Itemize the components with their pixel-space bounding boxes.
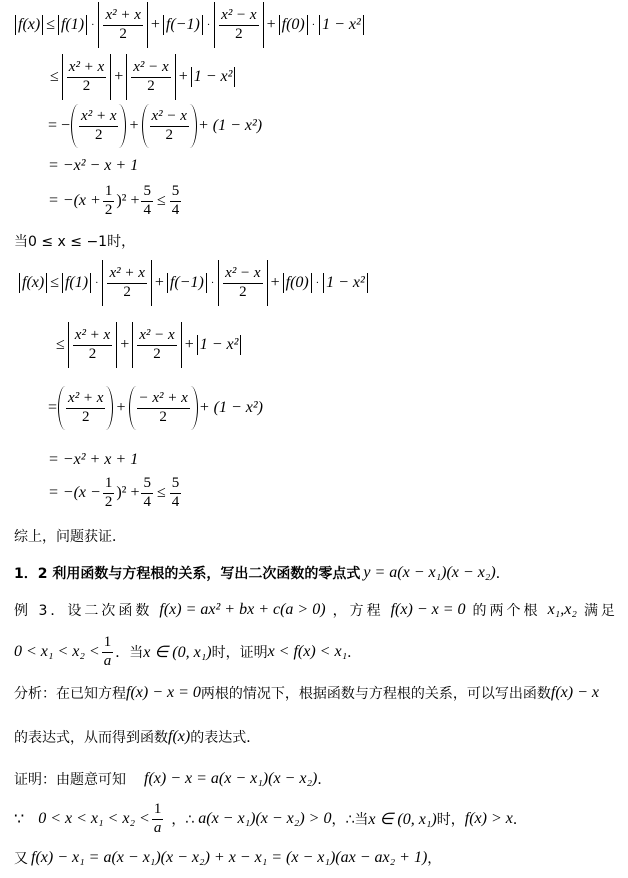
expression: f(x) [168, 728, 190, 746]
numerator: x² + x [103, 7, 142, 25]
denominator: 2 [81, 78, 93, 95]
therefore: ，∴ [171, 809, 194, 829]
abs-f-neg1: f(−1) [163, 15, 203, 35]
prefix: = − [48, 117, 70, 135]
abs-fraction: x² − x2 [218, 260, 267, 306]
denominator: 2 [103, 494, 115, 511]
denominator: 2 [145, 78, 157, 95]
abs-fraction: x² + x2 [62, 54, 111, 100]
text: 时， [437, 809, 465, 829]
numerator: x² + x [67, 59, 106, 77]
conclusion: 综上，问题获证． [14, 525, 126, 547]
numerator: x² + x [66, 390, 105, 408]
equation: f(x) − x = 0 [126, 684, 201, 702]
denominator: 2 [233, 26, 245, 43]
example3-line1: 例 3．设二次函数 f(x) = ax² + bx + c(a > 0) ，方程… [14, 598, 618, 622]
text: 时，证明 [212, 642, 268, 662]
result: f(x) > x [465, 810, 513, 828]
relation: ≤ [50, 68, 59, 86]
denominator: 4 [170, 494, 182, 511]
denominator: 2 [237, 284, 249, 301]
numerator: 5 [170, 183, 182, 201]
denominator: 2 [117, 26, 129, 43]
numerator: x² + x [107, 265, 146, 283]
prefix: = −(x − [48, 484, 101, 502]
paren-fraction: − x² + x2 [129, 384, 198, 432]
numerator: − x² + x [137, 390, 190, 408]
equation: f(x) − x = a(x − x₁)(x − x₂) [144, 770, 317, 788]
because-symbol: ∵ [14, 809, 24, 829]
case2-inequality-line1: f(x) ≤ f(1) · x² + x2 + f(−1) · x² − x2 … [18, 260, 369, 306]
therefore: ，∴当 [331, 809, 368, 829]
prefix: = −(x + [48, 192, 101, 210]
numerator: x² − x [137, 327, 176, 345]
denominator: 4 [141, 202, 153, 219]
denominator: 4 [170, 202, 182, 219]
abs-fx: f(x) [19, 273, 47, 293]
case1-inequality-line1: f(x) ≤ f(1) · x² + x2 + f(−1) · x² − x2 … [14, 2, 365, 48]
abs-fraction: x² + x2 [68, 322, 117, 368]
case2-equality-line3: = x² + x2 + − x² + x2 + (1 − x²) [48, 384, 263, 432]
case1-equality-line3: = − x² + x2 + x² − x2 + (1 − x²) [48, 102, 262, 150]
text: ，方程 [333, 600, 384, 620]
numerator: 5 [141, 183, 153, 201]
numerator: x² − x [223, 265, 262, 283]
denominator: 2 [163, 127, 175, 144]
text: 满足 [584, 600, 618, 620]
relation: ≤ [46, 16, 55, 34]
abs-fraction: x² + x2 [98, 2, 147, 48]
abs-f0: f(0) [283, 273, 312, 293]
zero-form-formula: y = a(x − x₁)(x − x₂) [363, 564, 495, 582]
denominator: 2 [80, 409, 92, 426]
case1-equality-line4: = −x² − x + 1 [48, 155, 138, 177]
numerator: x² + x [73, 327, 112, 345]
dot-operator: · [91, 20, 94, 31]
relation: ≤ [157, 484, 166, 502]
mid: )² + [116, 192, 139, 210]
text: ．当 [115, 642, 143, 662]
condition: 0 < x < x₁ < x₂ < [38, 810, 150, 828]
numerator: 5 [170, 475, 182, 493]
abs-one-minus-x2: 1 − x² [323, 273, 368, 293]
denominator: a [152, 820, 164, 837]
numerator: 1 [103, 183, 115, 201]
comma: ， [427, 848, 441, 868]
also-label: 又 [14, 848, 28, 868]
abs-f-neg1: f(−1) [167, 273, 207, 293]
tail: + (1 − x²) [198, 117, 262, 135]
case2-condition: 当0 ≤ x ≤ −1时， [14, 230, 135, 252]
abs-f1: f(1) [58, 15, 87, 35]
condition: 0 < x₁ < x₂ < [14, 643, 100, 661]
denominator: 2 [93, 127, 105, 144]
paren-fraction: x² − x2 [142, 102, 197, 150]
denominator: 2 [151, 346, 163, 363]
denominator: 2 [121, 284, 133, 301]
case2-equality-line4: = −x² + x + 1 [48, 449, 138, 471]
period: ． [347, 642, 361, 662]
abs-one-minus-x2: 1 − x² [319, 15, 364, 35]
numerator: 5 [141, 475, 153, 493]
relation: ≤ [50, 274, 59, 292]
period: ． [317, 769, 331, 789]
relation: ≤ [157, 192, 166, 210]
abs-fraction: x² − x2 [132, 322, 181, 368]
paren-fraction: x² + x2 [58, 384, 113, 432]
denominator: a [102, 653, 114, 670]
abs-fraction: x² + x2 [102, 260, 151, 306]
period: ． [496, 563, 510, 583]
paren-fraction: x² + x2 [71, 102, 126, 150]
proof-line3: 又 f(x) − x₁ = a(x − x₁)(x − x₂) + x − x₁… [14, 846, 441, 870]
text: 的两个根 [473, 600, 541, 620]
numerator: x² − x [131, 59, 170, 77]
analysis-line1: 分析：在已知方程 f(x) − x = 0 两根的情况下，根据函数与方程根的关系… [14, 681, 599, 705]
numerator: 1 [102, 634, 114, 652]
text: 的表达式． [190, 727, 260, 747]
claim: x < f(x) < x₁ [268, 643, 348, 661]
abs-fraction: x² − x2 [214, 2, 263, 48]
abs-one-minus-x2: 1 − x² [191, 67, 236, 87]
analysis-label: 分析：在已知方程 [14, 683, 126, 703]
roots: x₁,x₂ [548, 601, 577, 619]
numerator: 1 [103, 475, 115, 493]
expression: f(x) − x [551, 684, 599, 702]
proof-line2: ∵ 0 < x < x₁ < x₂ < 1a ，∴ a(x − x₁)(x − … [14, 798, 527, 840]
interval: x ∈ (0, x₁) [368, 809, 436, 829]
mid: )² + [116, 484, 139, 502]
text: 两根的情况下，根据函数与方程根的关系，可以写出函数 [201, 683, 551, 703]
interval: x ∈ (0, x₁) [143, 642, 211, 662]
numerator: x² − x [150, 108, 189, 126]
numerator: 1 [152, 801, 164, 819]
case2-equality-line5: = −(x − 12 )² + 54 ≤ 54 [48, 472, 183, 514]
tail: + (1 − x²) [199, 399, 263, 417]
period: ． [513, 809, 527, 829]
abs-one-minus-x2: 1 − x² [197, 335, 242, 355]
denominator: 2 [103, 202, 115, 219]
denominator: 2 [157, 409, 169, 426]
equation: f(x) − x₁ = a(x − x₁)(x − x₂) + x − x₁ =… [31, 849, 427, 867]
example-label: 例 3．设二次函数 [14, 600, 152, 620]
function-definition: f(x) = ax² + bx + c(a > 0) [159, 601, 325, 619]
prefix: = [48, 399, 57, 417]
abs-f0: f(0) [279, 15, 308, 35]
denominator: 4 [141, 494, 153, 511]
equation: f(x) − x = 0 [391, 601, 466, 619]
numerator: x² + x [79, 108, 118, 126]
case1-inequality-line2: ≤ x² + x2 + x² − x2 + 1 − x² [48, 54, 236, 100]
proof-label: 证明：由题意可知 [14, 769, 126, 789]
text: 的表达式，从而得到函数 [14, 727, 168, 747]
numerator: x² − x [219, 7, 258, 25]
case2-inequality-line2: ≤ x² + x2 + x² − x2 + 1 − x² [54, 322, 242, 368]
section-heading: 1．2 利用函数与方程根的关系，写出二次函数的零点式 y = a(x − x₁)… [14, 560, 510, 586]
analysis-line2: 的表达式，从而得到函数 f(x) 的表达式． [14, 725, 260, 749]
proof-line1: 证明：由题意可知 f(x) − x = a(x − x₁)(x − x₂) ． [14, 767, 331, 791]
abs-fx: f(x) [15, 15, 43, 35]
inequality: a(x − x₁)(x − x₂) > 0 [198, 810, 331, 828]
section-heading-text: 1．2 利用函数与方程根的关系，写出二次函数的零点式 [14, 563, 360, 583]
relation: ≤ [56, 336, 65, 354]
denominator: 2 [87, 346, 99, 363]
example3-line2: 0 < x₁ < x₂ < 1a ．当 x ∈ (0, x₁) 时，证明 x <… [14, 632, 361, 672]
abs-f1: f(1) [62, 273, 91, 293]
case1-equality-line5: = −(x + 12 )² + 54 ≤ 54 [48, 180, 183, 222]
abs-fraction: x² − x2 [126, 54, 175, 100]
